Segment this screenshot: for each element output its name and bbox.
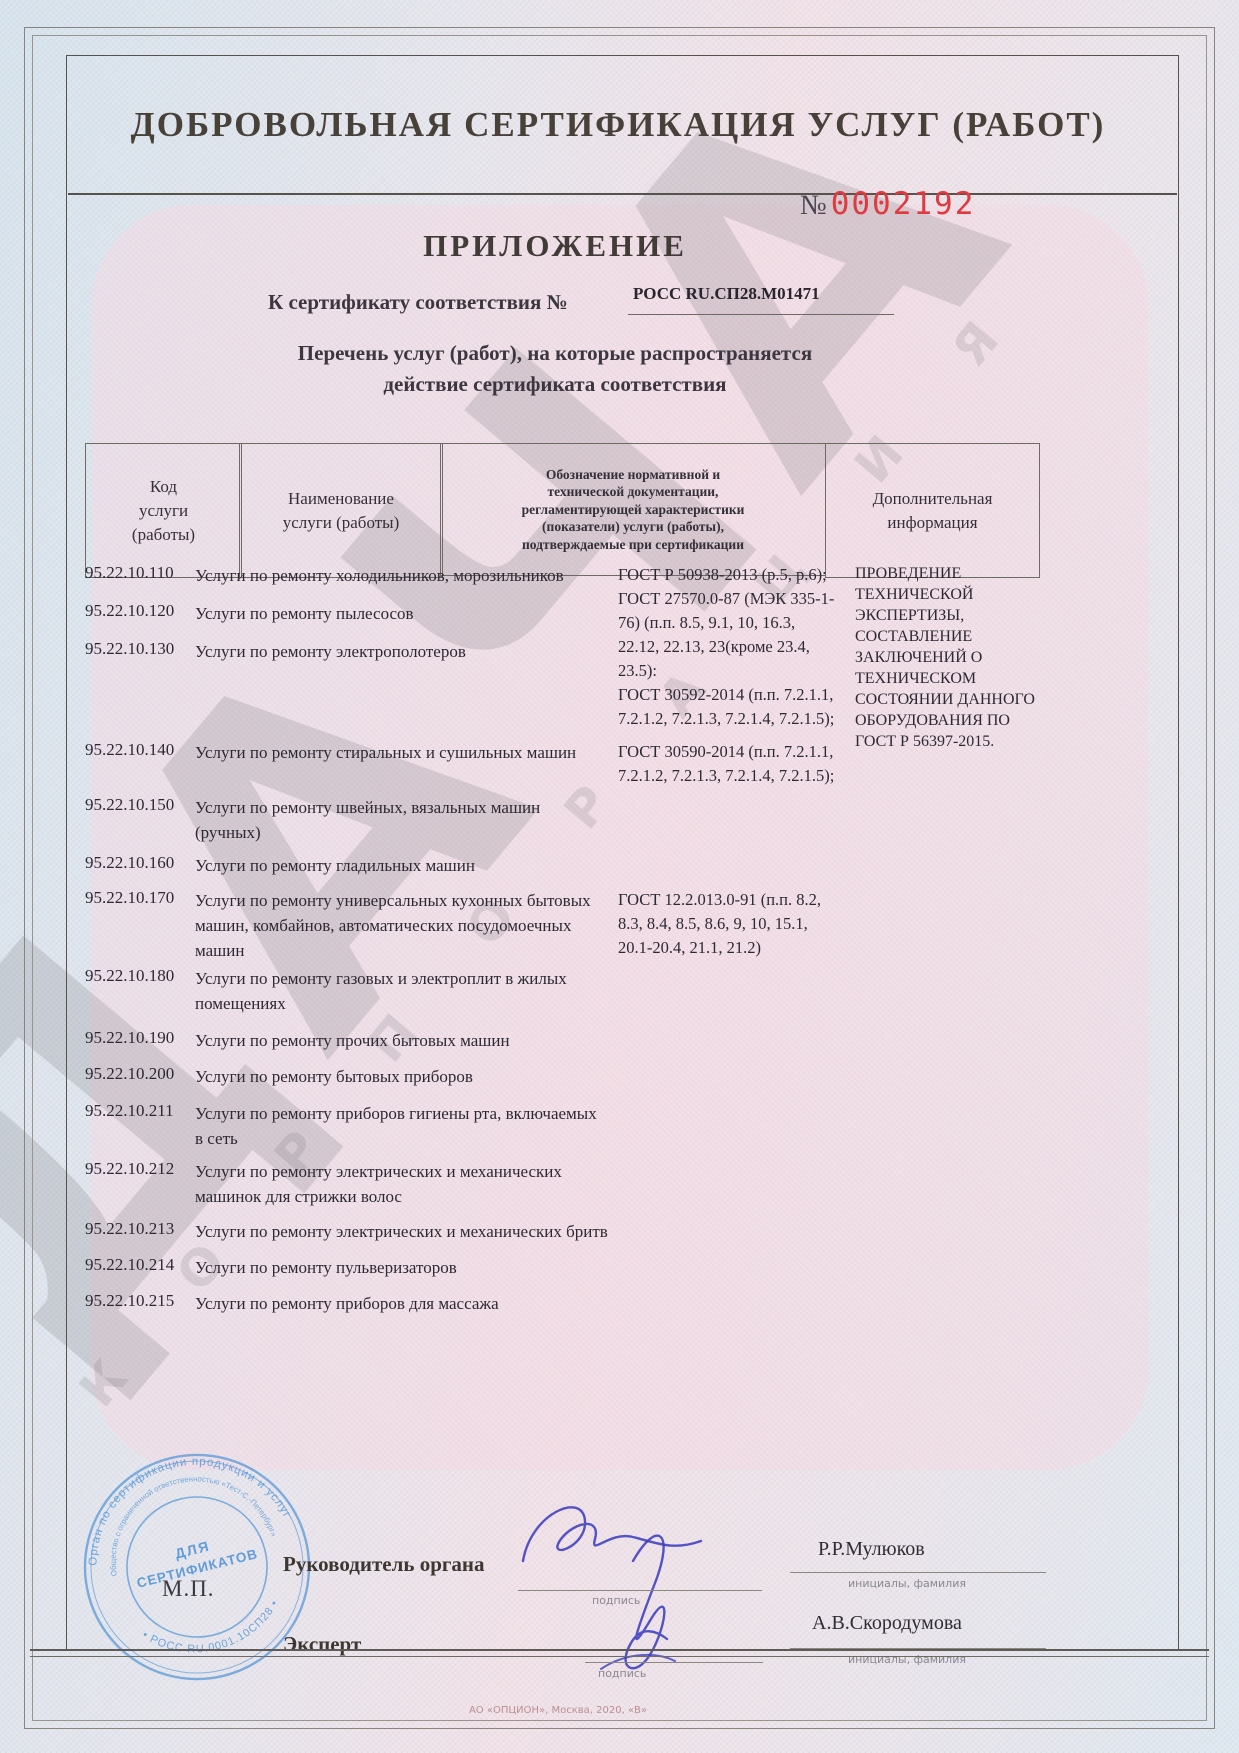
signature-line-1 [518, 1590, 762, 1591]
row-code: 95.22.10.212 [85, 1159, 195, 1179]
row-name: Услуги по ремонту электрических и механи… [195, 1219, 635, 1244]
row-name: Услуги по ремонту пульверизаторов [195, 1255, 635, 1280]
row-code: 95.22.10.140 [85, 740, 195, 760]
signature-caption-2: подпись [598, 1667, 646, 1680]
head-of-body-label: Руководитель органа [283, 1552, 485, 1577]
svg-text:• РОСС RU.0001.10СП28 •: • РОСС RU.0001.10СП28 • [138, 1596, 289, 1670]
row-name: Услуги по ремонту гладильных машин [195, 853, 635, 878]
row-code: 95.22.10.200 [85, 1064, 195, 1084]
cert-number-underline [628, 314, 894, 315]
cert-reference-number: РОСС RU.СП28.М01471 [633, 284, 895, 304]
appendix-title: ПРИЛОЖЕНИЕ [180, 228, 930, 264]
row-code: 95.22.10.150 [85, 795, 195, 815]
services-table-body: 95.22.10.110 Услуги по ремонту холодильн… [85, 555, 1045, 1340]
row-code: 95.22.10.214 [85, 1255, 195, 1275]
row-code: 95.22.10.215 [85, 1291, 195, 1311]
row-name: Услуги по ремонту швейных, вязальных маш… [195, 795, 635, 845]
row-name: Услуги по ремонту стиральных и сушильных… [195, 740, 635, 765]
row-name: Услуги по ремонту приборов гигиены рта, … [195, 1101, 635, 1151]
row-code: 95.22.10.211 [85, 1101, 195, 1121]
title-divider [68, 193, 1177, 195]
row-code: 95.22.10.160 [85, 853, 195, 873]
bottom-double-rule [30, 1649, 1209, 1657]
row-docs: ГОСТ 12.2.013.0-91 (п.п. 8.2, 8.3, 8.4, … [618, 888, 864, 960]
printer-imprint: АО «ОПЦИОН», Москва, 2020, «В» [68, 1705, 1048, 1716]
row-code: 95.22.10.110 [85, 563, 195, 583]
row-name: Услуги по ремонту бытовых приборов [195, 1064, 635, 1089]
name-caption-1: инициалы, фамилия [848, 1577, 966, 1590]
page-title: ДОБРОВОЛЬНАЯ СЕРТИФИКАЦИЯ УСЛУГ (РАБОТ) [68, 57, 1168, 193]
seal-place-label: М.П. [162, 1576, 215, 1602]
head-name: Р.Р.Мулюков [818, 1538, 925, 1561]
row-name: Услуги по ремонту электрополотеров [195, 639, 635, 664]
stamp-ring-bottom-text: • РОСС RU.0001.10СП28 • [138, 1596, 289, 1670]
certificate-page: ДАЧА КОРПОРАЦИЯ ДОБРОВОЛЬНАЯ СЕРТИФИКАЦИ… [0, 0, 1239, 1753]
row-name: Услуги по ремонту пылесосов [195, 601, 635, 626]
signature-stroke-1 [523, 1507, 701, 1561]
row-code: 95.22.10.130 [85, 639, 195, 659]
row-name: Услуги по ремонту газовых и электроплит … [195, 966, 635, 1016]
handwritten-signatures [505, 1483, 805, 1713]
row-name: Услуги по ремонту приборов для массажа [195, 1291, 635, 1316]
row-info: ПРОВЕДЕНИЕ ТЕХНИЧЕСКОЙ ЭКСПЕРТИЗЫ, СОСТА… [855, 563, 1051, 752]
row-name: Услуги по ремонту электрических и механи… [195, 1159, 635, 1209]
signature-line-2 [585, 1662, 763, 1663]
row-docs: ГОСТ Р 50938-2013 (р.5, р.6); ГОСТ 27570… [618, 563, 864, 731]
row-name: Услуги по ремонту универсальных кухонных… [195, 888, 635, 963]
name-line-1 [790, 1572, 1046, 1573]
signatures-svg [505, 1483, 805, 1713]
serial-prefix: № [800, 190, 827, 221]
row-name: Услуги по ремонту холодильников, морозил… [195, 563, 635, 588]
list-subtitle: Перечень услуг (работ), на которые распр… [130, 338, 980, 400]
expert-name: А.В.Скородумова [812, 1612, 962, 1635]
row-code: 95.22.10.120 [85, 601, 195, 621]
serial-digits: 0002192 [831, 186, 976, 222]
cert-reference-label: К сертификату соответствия № [268, 290, 568, 315]
serial-number: № 0002192 [800, 186, 975, 222]
row-code: 95.22.10.180 [85, 966, 195, 986]
signature-caption-1: подпись [592, 1594, 640, 1607]
row-code: 95.22.10.170 [85, 888, 195, 908]
row-docs: ГОСТ 30590-2014 (п.п. 7.2.1.1, 7.2.1.2, … [618, 740, 864, 788]
row-code: 95.22.10.213 [85, 1219, 195, 1239]
row-code: 95.22.10.190 [85, 1028, 195, 1048]
row-name: Услуги по ремонту прочих бытовых машин [195, 1028, 635, 1053]
